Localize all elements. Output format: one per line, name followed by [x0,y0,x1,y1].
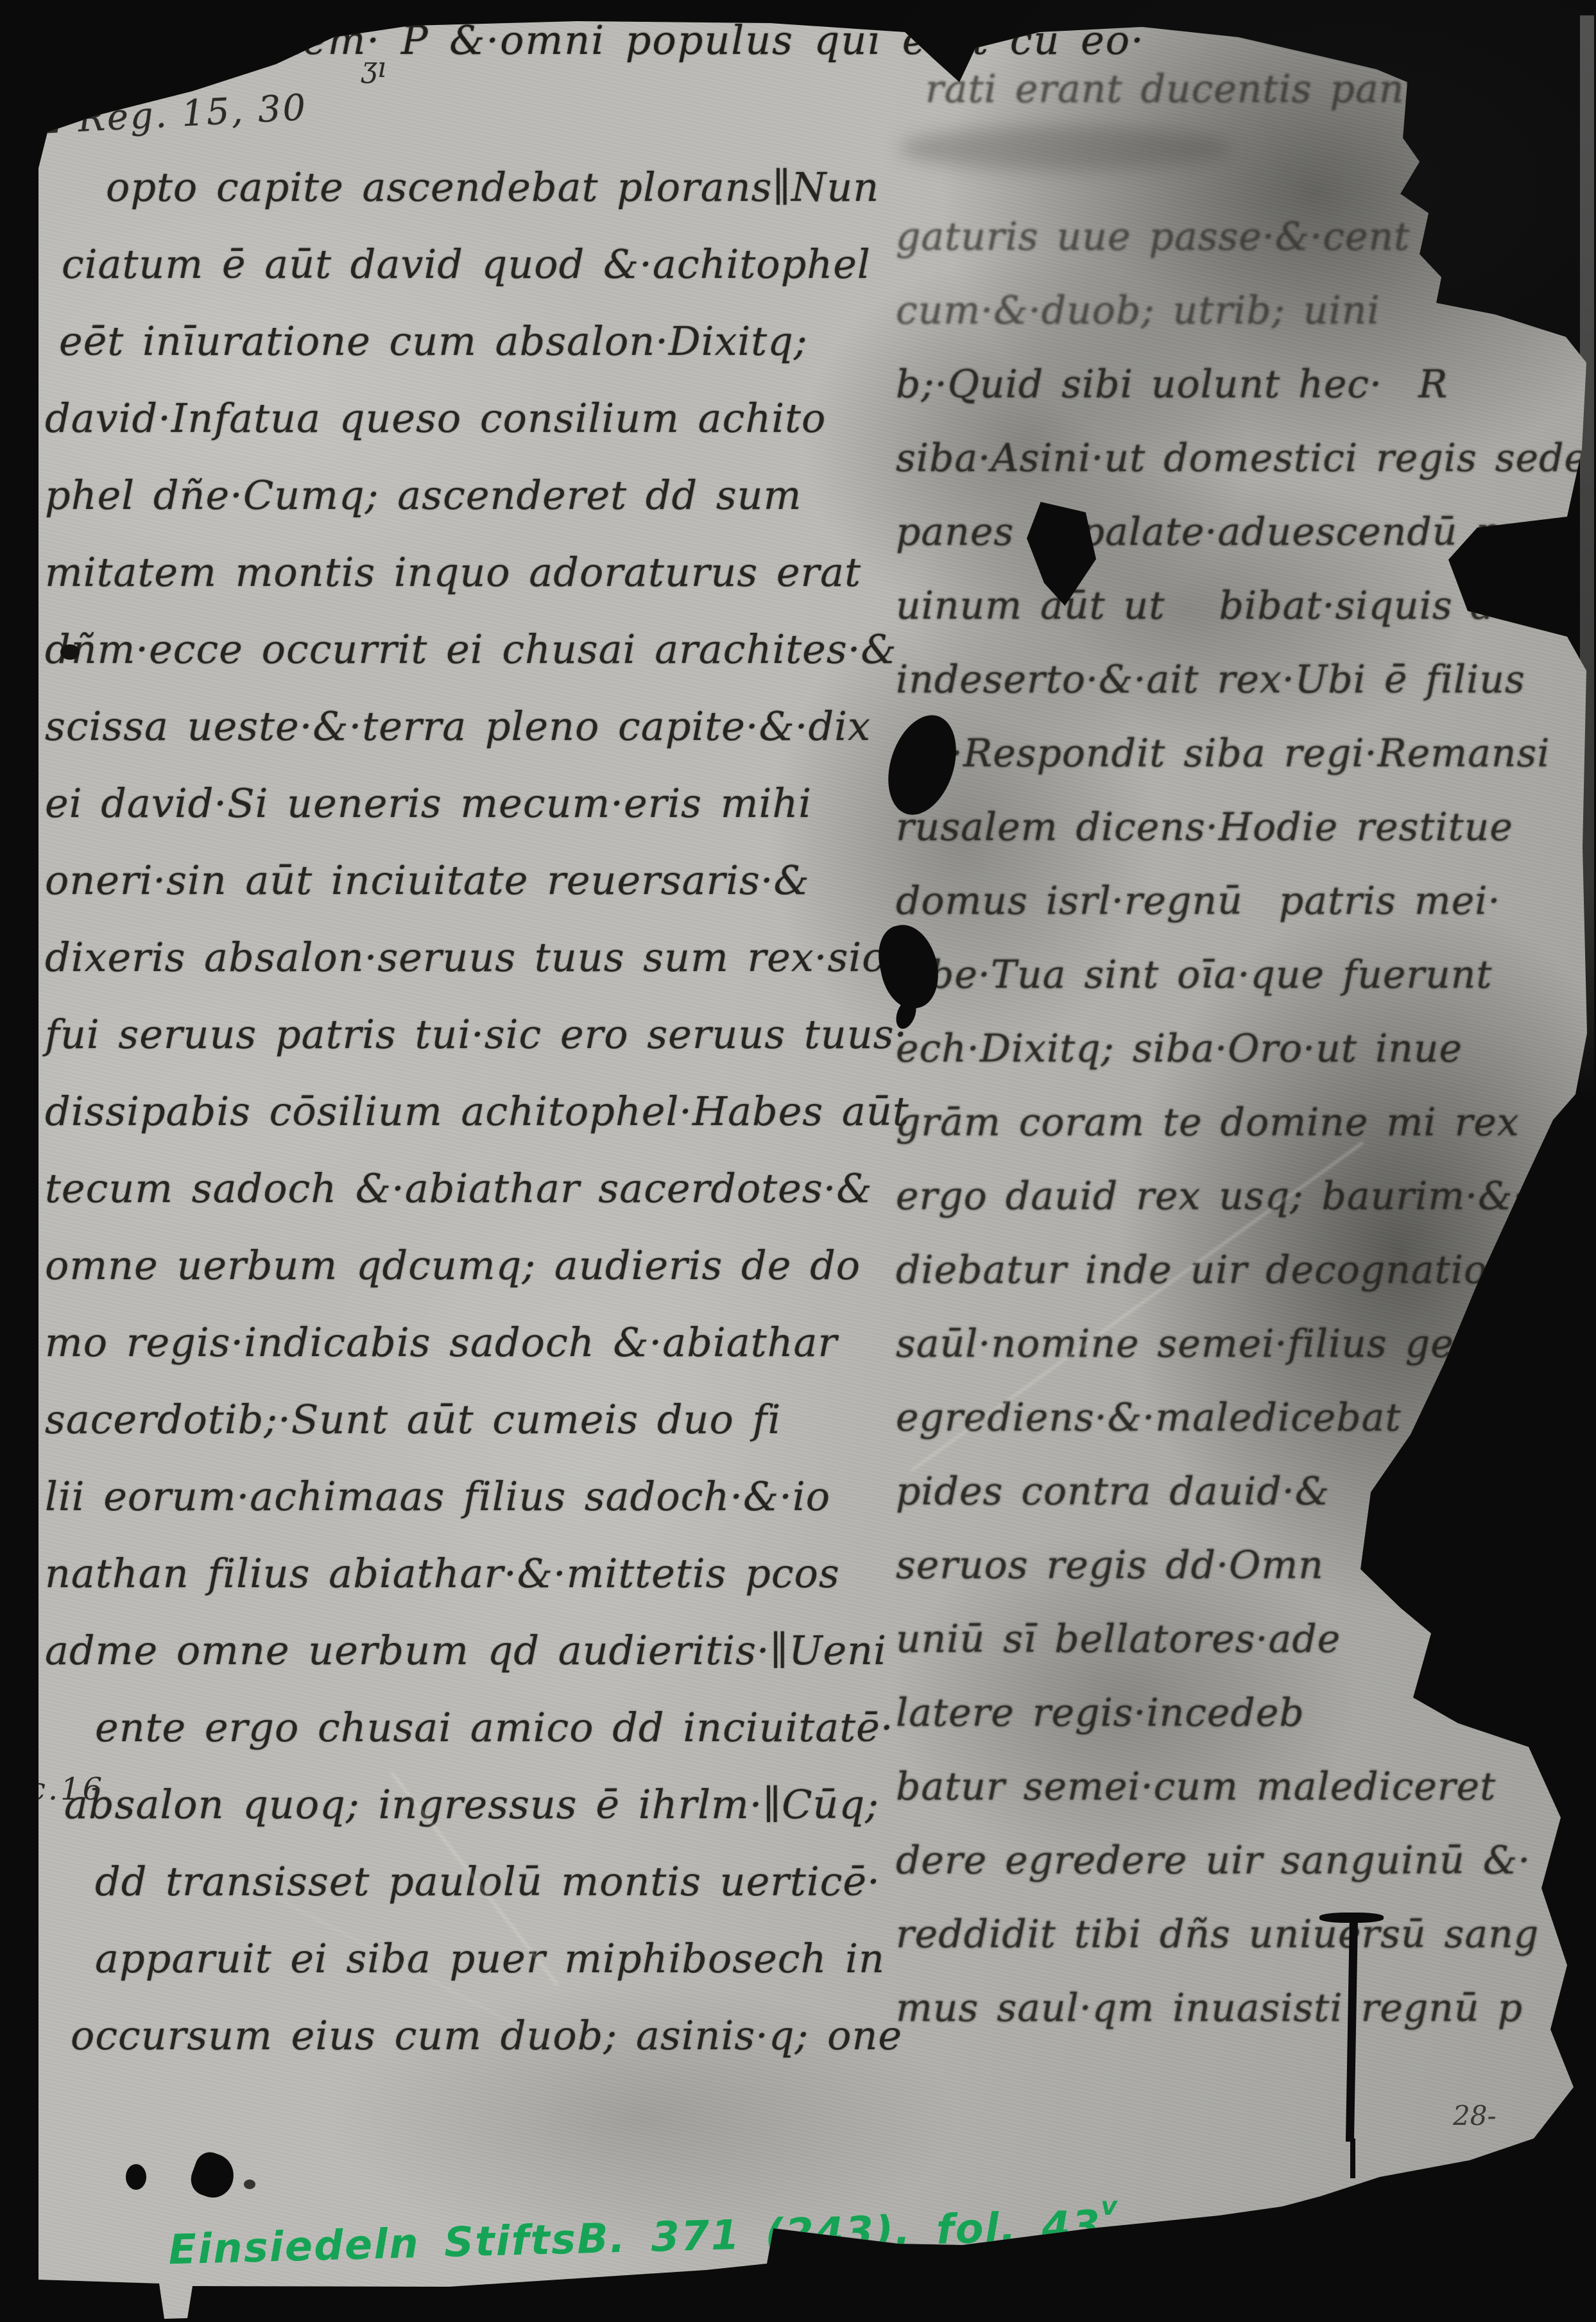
manuscript-text-line: nathan filius abiathar·&·mittetis pcos [45,1535,905,1612]
manuscript-text-line: dñm·ecce occurrit ei chusai arachites·& [45,611,905,688]
manuscript-text-line: rusalem dicens·Hodie restitue [896,791,1596,864]
manuscript-text-line: adme omne uerbum qd audieritis·∥Ueni [45,1612,905,1689]
manuscript-text-line: mitatem montis inquo adoraturus erat [45,534,905,611]
manuscript-text-line: diebatur inde uir decognatione [896,1234,1596,1307]
manuscript-text-line: tecum sadoch &·abiathar sacerdotes·& [45,1150,905,1227]
manuscript-text-line: dissipabis cōsilium achitophel·Habes aūt [45,1073,905,1150]
manuscript-text-line: latere regis·incedeb [896,1676,1596,1750]
manuscript-right-column: rati erant ducentis panib gaturis uue pa… [896,53,1596,2045]
manuscript-text-line: indeserto·&·ait rex·Ubi ē filius [896,643,1596,717]
manuscript-text-line: occursum eius cum duob; asinis·q; one [45,1997,905,2074]
manuscript-text-line: panes &·palate·aduescendū pueri [896,495,1596,569]
manuscript-text-line: apparuit ei siba puer miphibosech in [45,1920,905,1997]
manuscript-text-line: ech·Dixitq; siba·Oro·ut inue [896,1012,1596,1086]
manuscript-text-line: seruos regis dd·Omn [896,1529,1596,1603]
parchment-hole [186,2148,239,2203]
manuscript-text-line: egrediens·&·maledicebat [896,1381,1596,1455]
manuscript-text-line: david·Infatua queso consilium achito [45,380,905,457]
ink-blot [20,113,47,135]
parchment-hole [126,2164,146,2190]
ink-blot [60,644,80,660]
manuscript-text-line: scissa ueste·&·terra pleno capite·&·dix [45,688,905,765]
manuscript-text-line: b;·Quid sibi uolunt hec· R [896,348,1596,422]
chapter-margin-note: c.16 [28,1771,105,1807]
manuscript-text-line: mo regis·indicabis sadoch &·abiathar [45,1304,905,1381]
manuscript-text-line: domus isrl·regnū patris mei· [896,864,1596,938]
parchment-leaf: uem· P &·omni populus qui erat cu eo· op… [0,0,1596,2322]
ink-blot [244,2180,255,2189]
manuscript-text-line: dixeris absalon·seruus tuus sum rex·sic [45,919,905,996]
manuscript-text-line: ciatum ē aūt david quod &·achitophel [45,226,905,303]
shelfmark-inscription: Einsiedeln StiftsB. 371 (243), fol. 43v [167,2192,1120,2275]
manuscript-text-line: uniū sī bellatores·ade [896,1603,1596,1676]
manuscript-text-line: phel dñe·Cumq; ascenderet dd sum [45,457,905,534]
manuscript-text-line: absalon quoq; ingressus ē ihrlm·∥Cūq; [45,1766,905,1843]
biblical-reference-note: 2 Reg. 15, 30 [39,87,309,142]
photograph: uem· P &·omni populus qui erat cu eo· op… [0,0,1596,2322]
manuscript-text-line: gaturis uue passe·&·cent [896,200,1596,274]
manuscript-text-line: sibe·Tua sint oīa·que fuerunt [896,938,1596,1012]
manuscript-text-line: ente ergo chusai amico dd inciuitatē· [45,1689,905,1766]
manuscript-text-line: opto capite ascendebat plorans∥Nun [45,149,905,226]
manuscript-text-line: grām coram te domine mi rex [896,1086,1596,1160]
manuscript-text-line: batur semei·cum malediceret [896,1750,1596,1824]
interlinear-mark: ʒı [361,51,386,84]
manuscript-text-line: dere egredere uir sanguinū &· [896,1824,1596,1898]
verse-margin-note: 28- [1453,2100,1497,2131]
manuscript-text-line: lii eorum·achimaas filius sadoch·&·io [45,1458,905,1535]
manuscript-text-line: eēt inīuratione cum absalon·Dixitq; [45,303,905,380]
shelfmark-text: Einsiedeln StiftsB. 371 (243), fol. 43 [167,2202,1102,2274]
faded-text-smudge [898,126,1232,171]
manuscript-text-line: pides contra dauid·& [896,1455,1596,1529]
manuscript-text-line: mus saul·qm inuasisti regnū p [896,1972,1596,2045]
manuscript-left-column: opto capite ascendebat plorans∥Nunciatum… [45,149,905,2074]
manuscript-text-line: cum·&·duob; utrib; uini [896,274,1596,348]
manuscript-text-line: ergo dauid rex usq; baurim·&·ec [896,1160,1596,1234]
manuscript-text-line: oneri·sin aūt inciuitate reuersaris·& [45,842,905,919]
manuscript-text-line: siba·Asini·ut domestici regis sedea [896,422,1596,495]
manuscript-text-line: dd transisset paulolū montis uerticē· [45,1843,905,1920]
manuscript-text-line: rati erant ducentis panib [896,53,1596,126]
shelfmark-superscript: v [1101,2192,1119,2222]
manuscript-text-line: reddidit tibi dñs uniuersū sang [896,1898,1596,1972]
manuscript-text-line: tui·Respondit siba regi·Remansi [896,717,1596,791]
parchment-crack [1319,1913,1384,1923]
manuscript-text-line: omne uerbum qdcumq; audieris de do [45,1227,905,1304]
manuscript-text-line: saūl·nomine semei·filius ge [896,1307,1596,1381]
manuscript-text-line: fui seruus patris tui·sic ero seruus tuu… [45,996,905,1073]
manuscript-text-line: sacerdotib;·Sunt aūt cumeis duo fi [45,1381,905,1458]
manuscript-text-line: uinum aūt ut bibat·siquis d [896,569,1596,643]
manuscript-text-line: ei david·Si ueneris mecum·eris mihi [45,765,905,842]
parchment-crack [1350,2138,1355,2178]
